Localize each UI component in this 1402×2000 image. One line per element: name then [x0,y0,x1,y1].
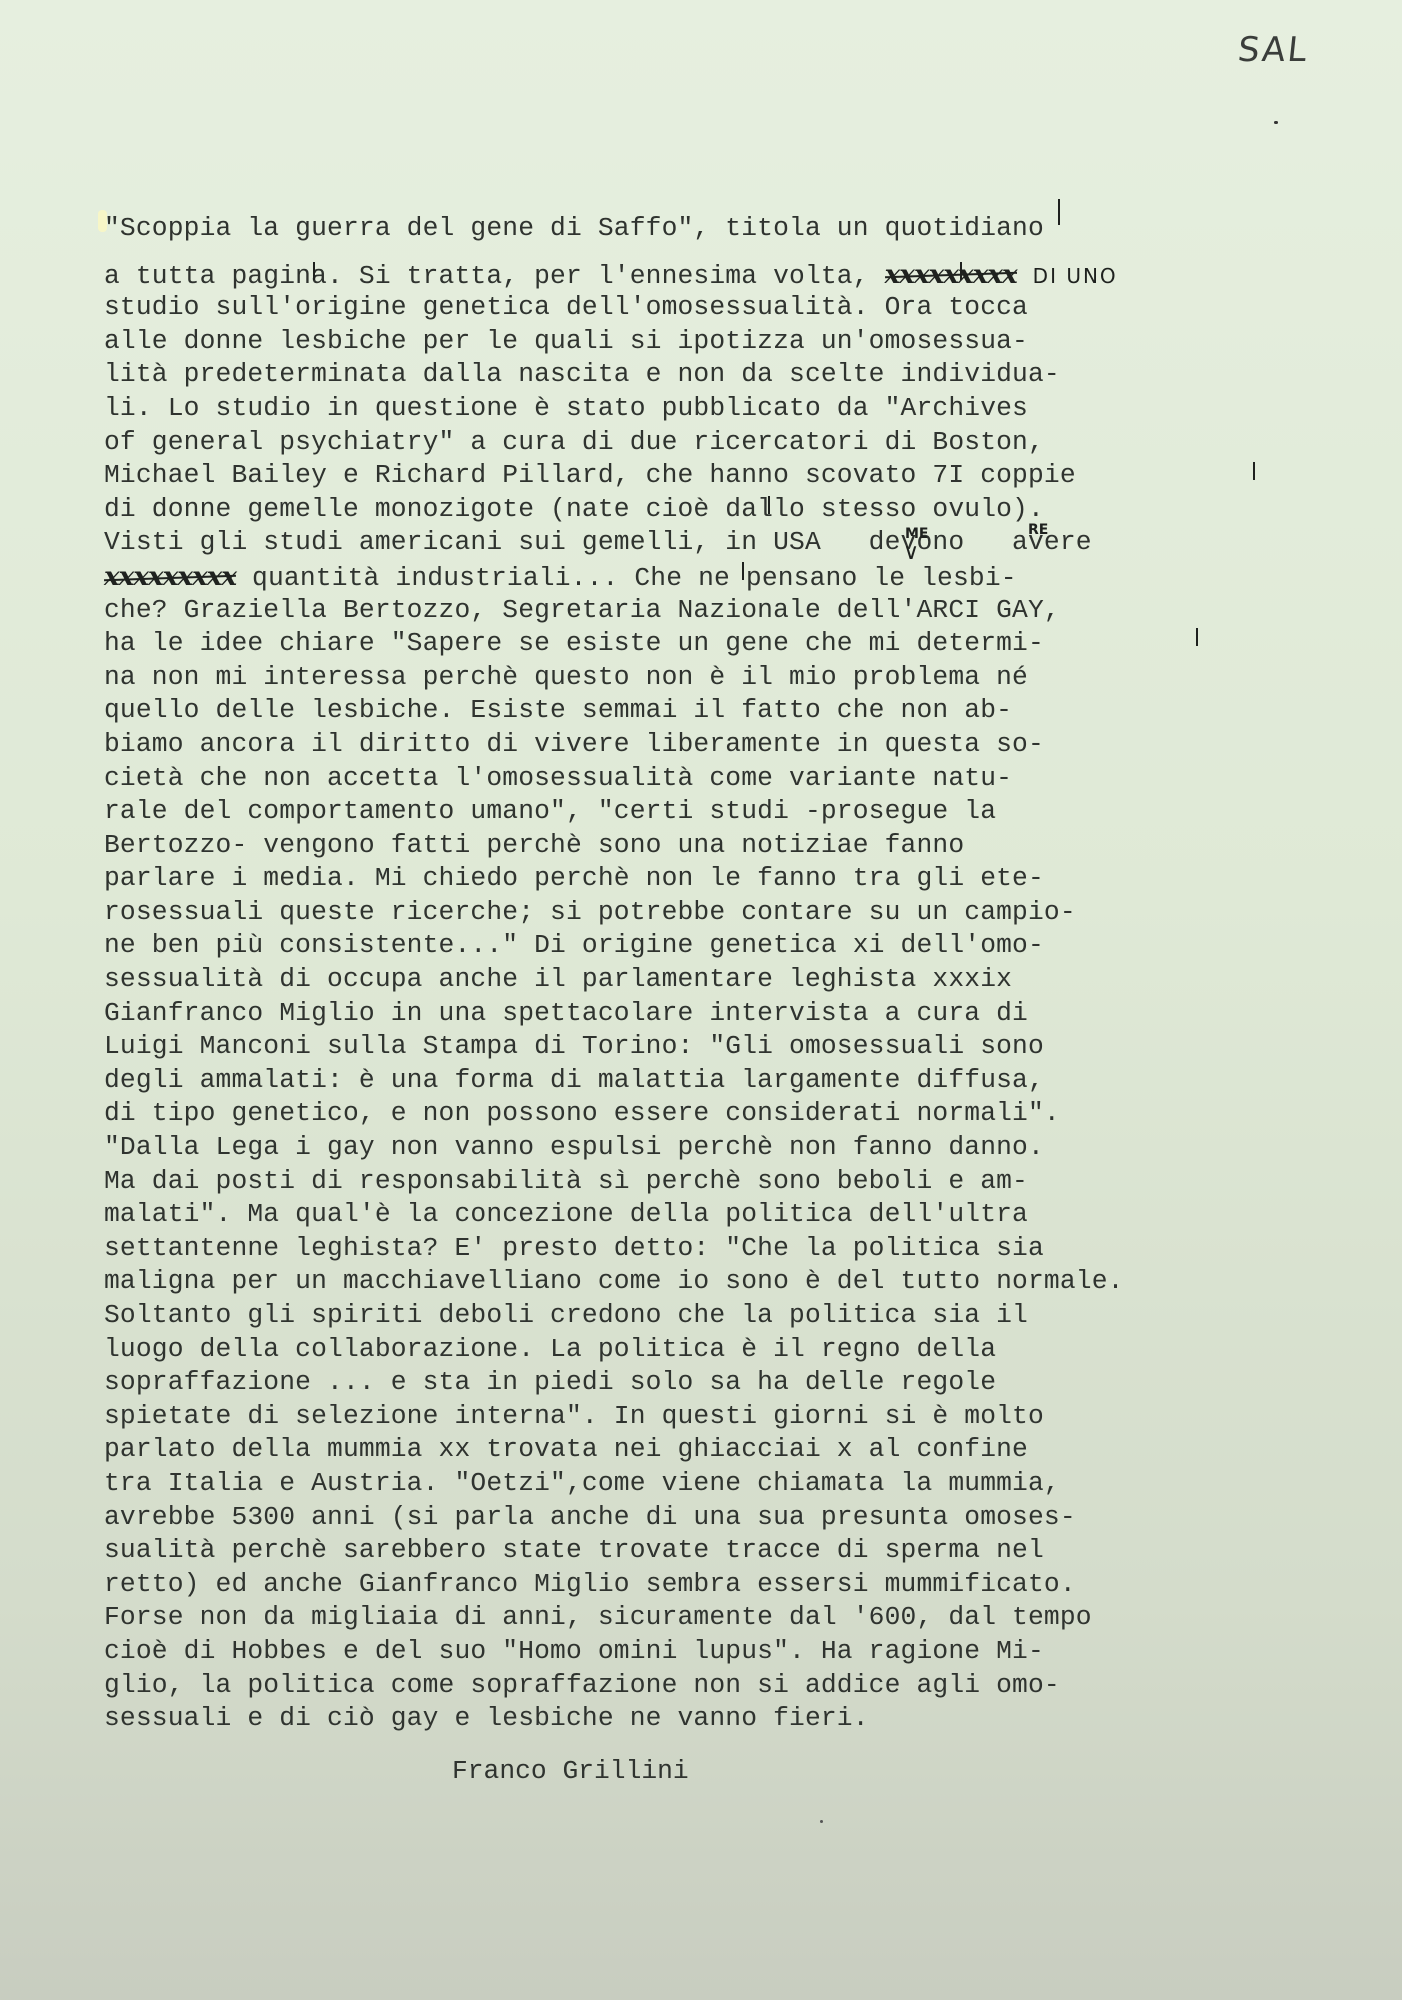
text-line: spietate di selezione interna". In quest… [104,1400,1204,1434]
text-line: luogo della collaborazione. La politica … [104,1333,1204,1367]
text-line: rale del comportamento umano", "certi st… [104,795,1204,829]
text-line: ha le idee chiare "Sapere se esiste un g… [104,627,1204,661]
text-line: che? Graziella Bertozzo, Segretaria Nazi… [104,594,1204,628]
text-line: Bertozzo- vengono fatti perchè sono una … [104,829,1204,863]
text-line: di tipo genetico, e non possono essere c… [104,1097,1204,1131]
text-line: tra Italia e Austria. "Oetzi",come viene… [104,1467,1204,1501]
comma-insert-mark [313,262,315,280]
text-line: a tutta pagina. Si tratta, per l'ennesim… [104,258,1204,292]
paper-speck [1274,121,1278,124]
text-line: sualità perchè sarebbero state trovate t… [104,1534,1204,1568]
text-line: malati". Ma qual'è la concezione della p… [104,1198,1204,1232]
handwritten-insert-re: RE [1028,522,1048,538]
comma-insert-mark [742,562,744,580]
text-line: Gianfranco Miglio in una spettacolare in… [104,997,1204,1031]
comma-insert-mark [768,496,770,514]
comma-insert-mark [1196,628,1198,646]
correction-tick-mark [1058,199,1060,225]
text-line: li. Lo studio in questione è stato pubbl… [104,392,1204,426]
text-line: cioè di Hobbes e del suo "Homo omini lup… [104,1635,1204,1669]
text-line: settantenne leghista? E' presto detto: "… [104,1232,1204,1266]
text-line: studio sull'origine genetica dell'omoses… [104,291,1204,325]
text-line: Michael Bailey e Richard Pillard, che ha… [104,459,1204,493]
text-line: rosessuali queste ricerche; si potrebbe … [104,896,1204,930]
text-line: "Dalla Lega i gay non vanno espulsi perc… [104,1131,1204,1165]
text-line: alle donne lesbiche per le quali si ipot… [104,325,1204,359]
text-line: sessualità di occupa anche il parlamenta… [104,963,1204,997]
text-line: maligna per un macchiavelliano come io s… [104,1265,1204,1299]
text-line: biamo ancora il diritto di vivere libera… [104,728,1204,762]
text-line: cietà che non accetta l'omosessualità co… [104,762,1204,796]
text-line: of general psychiatry" a cura di due ric… [104,426,1204,460]
text-line: degli ammalati: è una forma di malattia … [104,1064,1204,1098]
text-line: Forse non da migliaia di anni, sicuramen… [104,1601,1204,1635]
text-line: na non mi interessa perchè questo non è … [104,661,1204,695]
text-line: quello delle lesbiche. Esiste semmai il … [104,694,1204,728]
document-page: SAL "Scoppia la guerra del gene di Saffo… [0,0,1402,2000]
text-line: lità predeterminata dalla nascita e non … [104,358,1204,392]
text-line: avrebbe 5300 anni (si parla anche di una… [104,1501,1204,1535]
insertion-caret-icon: ∨ [903,540,919,565]
text-line: ne ben più consistente..." Di origine ge… [104,929,1204,963]
text-line: xxxxxxxxx quantità industriali... Che ne… [104,560,1204,594]
article-body: "Scoppia la guerra del gene di Saffo", t… [104,212,1204,1736]
text-line: parlare i media. Mi chiedo perchè non le… [104,862,1204,896]
paper-speck [820,1820,823,1823]
text-line: "Scoppia la guerra del gene di Saffo", t… [104,212,1204,246]
text-line: sessuali e di ciò gay e lesbiche ne vann… [104,1702,1204,1736]
author-signature: Franco Grillini [452,1756,689,1786]
text-line: sopraffazione ... e sta in piedi solo sa… [104,1366,1204,1400]
text-line: Soltanto gli spiriti deboli credono che … [104,1299,1204,1333]
text-line: Luigi Manconi sulla Stampa di Torino: "G… [104,1030,1204,1064]
struck-out-text: xxxxxxxxx [104,560,236,594]
struck-out-text: xxxxxxxxx [885,258,1017,292]
archive-mark-handwritten: SAL [1236,30,1311,70]
text-line: retto) ed anche Gianfranco Miglio sembra… [104,1568,1204,1602]
comma-insert-mark [1253,462,1255,480]
handwritten-insert: DI UNO [1033,264,1118,288]
comma-insert-mark [960,262,962,280]
text-line: glio, la politica come sopraffazione non… [104,1669,1204,1703]
text-line: parlato della mummia xx trovata nei ghia… [104,1433,1204,1467]
text-line: Ma dai posti di responsabilità sì perchè… [104,1165,1204,1199]
